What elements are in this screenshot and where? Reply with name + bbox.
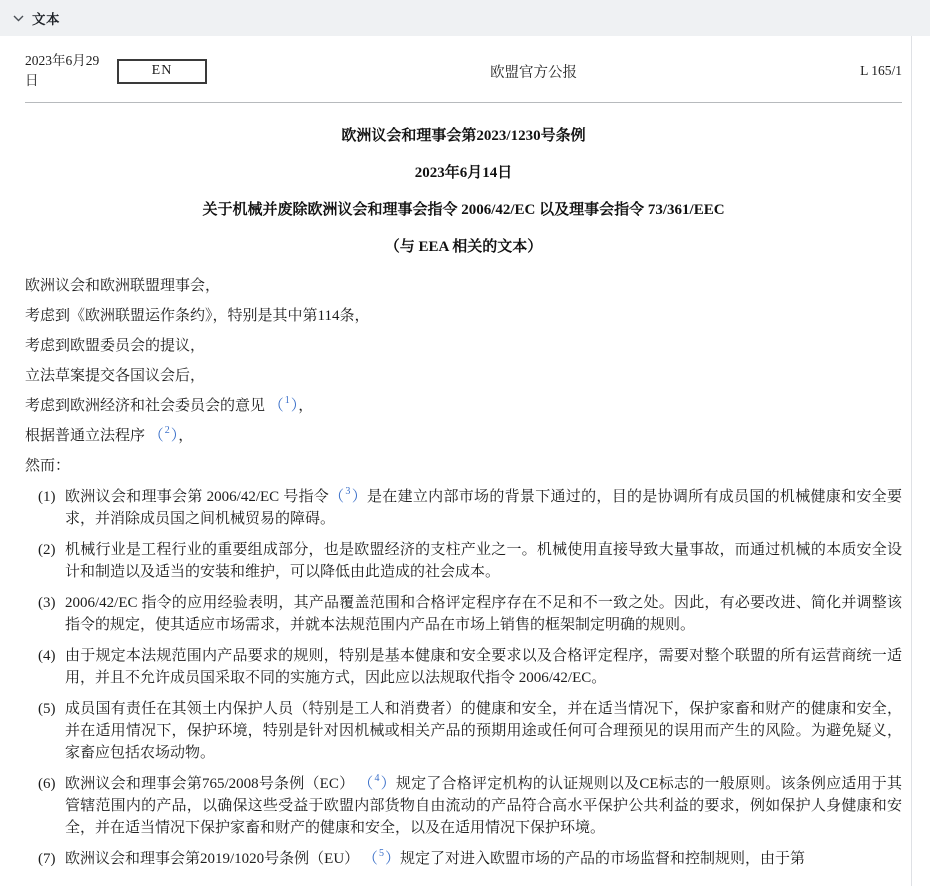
page-reference: L 165/1: [860, 63, 902, 79]
recital-number: (5): [38, 698, 65, 720]
recital-number: (6): [38, 773, 65, 795]
footnote-ref[interactable]: （3）: [329, 489, 367, 505]
eea-relevance: （与 EEA 相关的文本）: [25, 239, 902, 255]
recital-number: (1): [38, 486, 65, 508]
recital-text: 机械行业是工程行业的重要组成部分，也是欧盟经济的支柱产业之一。机械使用直接导致大…: [65, 539, 902, 583]
footnote-ref[interactable]: （2）: [149, 428, 179, 444]
recital-item: (2) 机械行业是工程行业的重要组成部分，也是欧盟经济的支柱产业之一。机械使用直…: [25, 539, 902, 583]
document-titles: 欧洲议会和理事会第2023/1230号条例 2023年6月14日 关于机械并废除…: [25, 128, 902, 255]
recital-item: (1) 欧洲议会和理事会第 2006/42/EC 号指令（3）是在建立内部市场的…: [25, 486, 902, 530]
footnote-ref[interactable]: （5）: [363, 851, 400, 867]
regulation-date: 2023年6月14日: [25, 165, 902, 181]
header-divider: [25, 102, 902, 103]
recital-item: (4) 由于规定本法规范围内产品要求的规则，特别是基本健康和安全要求以及合格评定…: [25, 645, 902, 689]
recital-item: (3) 2006/42/EC 指令的应用经验表明，其产品覆盖范围和合格评定程序存…: [25, 592, 902, 636]
recital-text: 欧洲议会和理事会第2019/1020号条例（EU） （5）规定了对进入欧盟市场的…: [65, 848, 902, 870]
recital-item: (6) 欧洲议会和理事会第765/2008号条例（EC） （4）规定了合格评定机…: [25, 773, 902, 839]
preamble-line: 考虑到《欧洲联盟运作条约》，特别是其中第114条，: [25, 306, 902, 327]
recital-text: 2006/42/EC 指令的应用经验表明，其产品覆盖范围和合格评定程序存在不足和…: [65, 592, 902, 636]
preamble-line: 根据普通立法程序 （2），: [25, 426, 902, 447]
recital-text: 成员国有责任在其领土内保护人员（特别是工人和消费者）的健康和安全，并在适当情况下…: [65, 698, 902, 764]
recital-text: 欧洲议会和理事会第 2006/42/EC 号指令（3）是在建立内部市场的背景下通…: [65, 486, 902, 530]
journal-date: 2023年6月29日: [25, 51, 105, 91]
recital-item: (7) 欧洲议会和理事会第2019/1020号条例（EU） （5）规定了对进入欧…: [25, 848, 902, 870]
journal-header: 2023年6月29日 EN 欧盟官方公报 L 165/1: [25, 51, 902, 91]
recital-item: (5) 成员国有责任在其领土内保护人员（特别是工人和消费者）的健康和安全，并在适…: [25, 698, 902, 764]
regulation-title: 欧洲议会和理事会第2023/1230号条例: [25, 128, 902, 144]
recital-number: (2): [38, 539, 65, 561]
footnote-ref[interactable]: （4）: [358, 776, 396, 792]
preamble-line: 欧洲议会和欧洲联盟理事会，: [25, 276, 902, 297]
chevron-down-icon: [10, 10, 26, 26]
preamble-line: 然而：: [25, 456, 902, 477]
preamble-line: 考虑到欧洲经济和社会委员会的意见 （1），: [25, 396, 902, 417]
journal-title: 欧盟官方公报: [207, 61, 860, 82]
recital-number: (4): [38, 645, 65, 667]
document-panel: 2023年6月29日 EN 欧盟官方公报 L 165/1 欧洲议会和理事会第20…: [0, 36, 912, 886]
preamble-line: 立法草案提交各国议会后，: [25, 366, 902, 387]
footnote-ref[interactable]: （1）: [269, 398, 299, 414]
text-section-header[interactable]: 文本: [0, 0, 930, 36]
recital-text: 欧洲议会和理事会第765/2008号条例（EC） （4）规定了合格评定机构的认证…: [65, 773, 902, 839]
preamble-line: 考虑到欧盟委员会的提议，: [25, 336, 902, 357]
recital-number: (7): [38, 848, 65, 870]
recital-text: 由于规定本法规范围内产品要求的规则，特别是基本健康和安全要求以及合格评定程序，需…: [65, 645, 902, 689]
recital-number: (3): [38, 592, 65, 614]
language-box: EN: [117, 59, 207, 84]
recitals-list: (1) 欧洲议会和理事会第 2006/42/EC 号指令（3）是在建立内部市场的…: [25, 486, 902, 870]
preamble: 欧洲议会和欧洲联盟理事会， 考虑到《欧洲联盟运作条约》，特别是其中第114条， …: [25, 276, 902, 477]
regulation-subject: 关于机械并废除欧洲议会和理事会指令 2006/42/EC 以及理事会指令 73/…: [25, 202, 902, 218]
section-title: 文本: [32, 8, 60, 28]
